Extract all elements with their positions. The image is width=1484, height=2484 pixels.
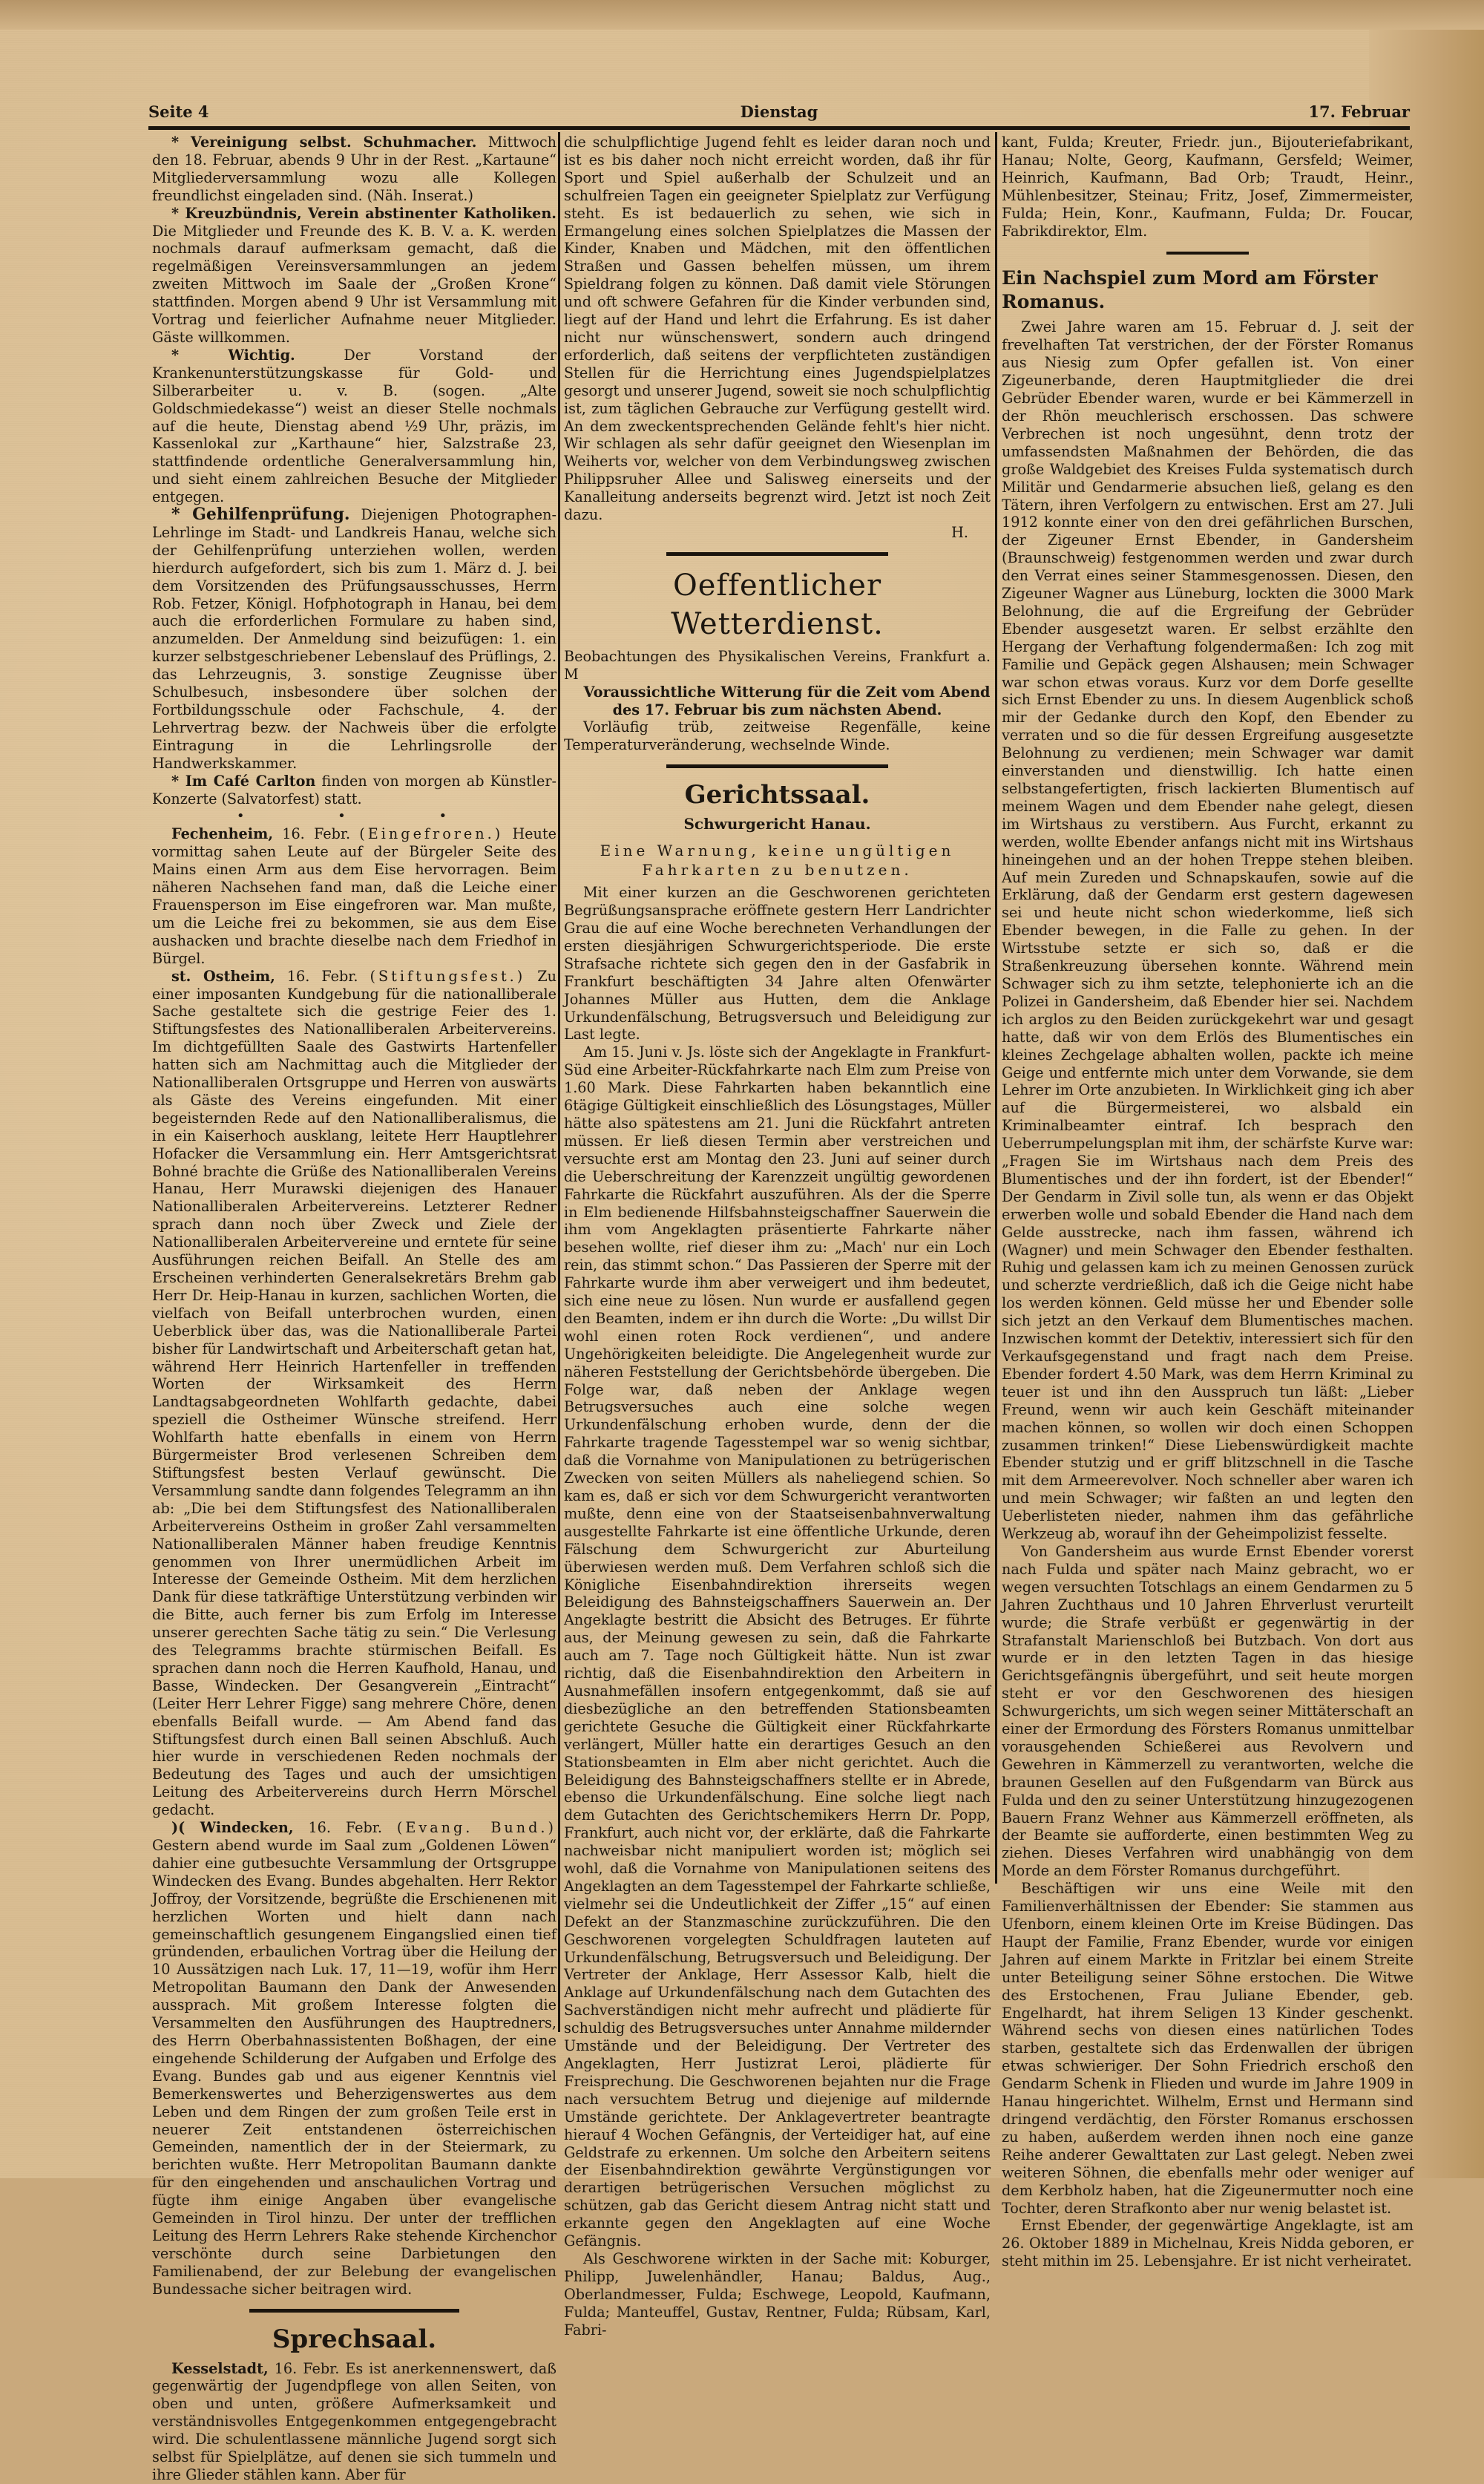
author-signature: H. bbox=[564, 524, 991, 542]
issue-date: 17. Februar bbox=[1308, 102, 1410, 121]
column-local-news: * Vereinigung selbst. Schuhmacher. Mittw… bbox=[152, 134, 556, 2178]
section-title-court: Gerichtssaal. bbox=[564, 779, 991, 811]
court-paragraph: Am 15. Juni v. Js. löste sich der Angekl… bbox=[564, 1043, 991, 2178]
local-report: )( Windecken, 16. Febr. (Evang. Bund.) G… bbox=[152, 1819, 556, 2178]
notice: * Kreuzbündnis, Verein abstinenter Katho… bbox=[152, 205, 556, 347]
court-case-headline: Eine Warnung, keine ungültigen Fahrkarte… bbox=[564, 841, 991, 879]
court-paragraph: Mit einer kurzen an die Geschworenen ger… bbox=[564, 884, 991, 1043]
page-header: Seite 4 Dienstag 17. Februar bbox=[148, 102, 1410, 128]
column-divider-1 bbox=[558, 132, 560, 2032]
article-paragraph: Beschäftigen wir uns eine Weile mit den … bbox=[1002, 1880, 1414, 2178]
court-subtitle: Schwurgericht Hanau. bbox=[564, 816, 991, 833]
local-report: st. Ostheim, 16. Febr. (Stiftungsfest.) … bbox=[152, 968, 556, 1820]
section-title-weather: Oeffentlicher Wetterdienst. bbox=[564, 566, 991, 643]
weekday-label: Dienstag bbox=[148, 102, 1410, 121]
notice: * Im Café Carlton finden von morgen ab K… bbox=[152, 773, 556, 808]
jurors-continued: kant, Fulda; Kreuter, Friedr. jun., Bijo… bbox=[1002, 134, 1414, 240]
article-title: Ein Nachspiel zum Mord am Förster Romanu… bbox=[1002, 266, 1414, 314]
notice: * Gehilfenprüfung. Diejenigen Photograph… bbox=[152, 506, 556, 773]
weather-source: Beobachtungen des Physikalischen Vereins… bbox=[564, 648, 991, 684]
notice: * Vereinigung selbst. Schuhmacher. Mittw… bbox=[152, 134, 556, 205]
column-divider-2 bbox=[995, 132, 997, 1884]
weather-forecast-heading: Voraussichtliche Witterung für die Zeit … bbox=[564, 684, 991, 719]
section-rule bbox=[1166, 252, 1249, 255]
section-rule bbox=[666, 552, 888, 556]
header-rule bbox=[148, 126, 1410, 130]
weather-forecast: Vorläufig trüb, zeitweise Regenfälle, ke… bbox=[564, 718, 991, 754]
local-report: Fechenheim, 16. Febr. (Eingefroren.) Heu… bbox=[152, 825, 556, 967]
column-weather-court: die schulpflichtige Jugend fehlt es leid… bbox=[564, 134, 991, 2178]
notice: * Wichtig. Der Vorstand der Krankenunter… bbox=[152, 347, 556, 506]
separator-dots: • • • bbox=[152, 807, 556, 825]
column-romanus-article: kant, Fulda; Kreuter, Friedr. jun., Bijo… bbox=[1002, 134, 1414, 2178]
article-paragraph: Von Gandersheim aus wurde Ernst Ebender … bbox=[1002, 1543, 1414, 1880]
section-rule bbox=[666, 764, 888, 768]
sprechsaal-continued: die schulpflichtige Jugend fehlt es leid… bbox=[564, 134, 991, 524]
scan-background-top bbox=[0, 0, 1484, 30]
article-paragraph: Zwei Jahre waren am 15. Februar d. J. se… bbox=[1002, 318, 1414, 1543]
